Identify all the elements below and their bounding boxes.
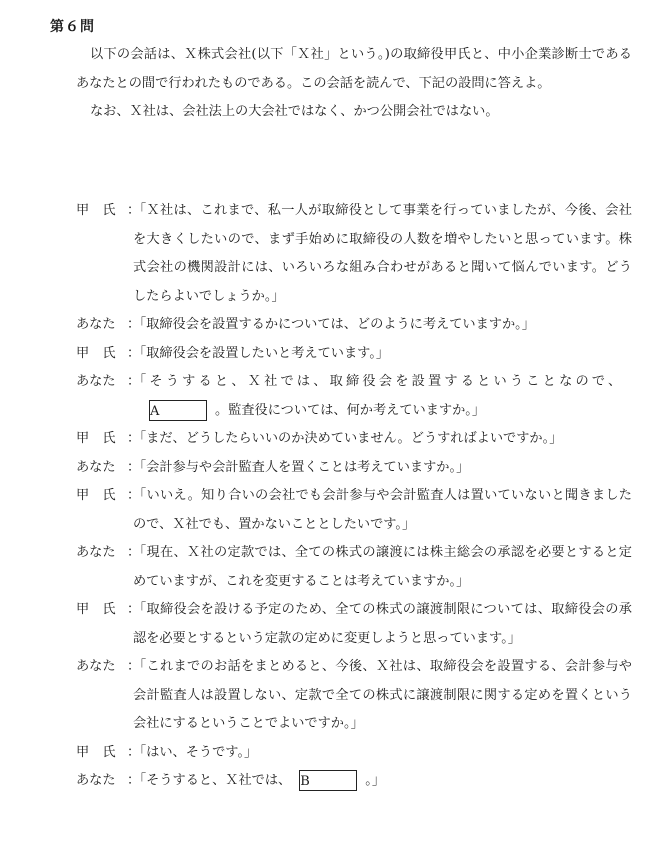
dialog-turn: 甲 氏： 「取締役会を設ける予定のため、全ての株式の譲渡制限については、取締役会… (76, 596, 632, 653)
speaker-label: 甲 氏： (76, 340, 133, 369)
question-intro: 以下の会話は、Ｘ株式会社(以下「Ｘ社」という。)の取締役甲氏と、中小企業診断士で… (76, 41, 632, 127)
dialog-turn: あなた： 「取締役会を設置するかについては、どのように考えていますか。」 (76, 311, 632, 340)
dialog-turn: あなた： 「会計参与や会計監査人を置くことは考えていますか。」 (76, 454, 632, 483)
utterance: 「Ｘ社は、これまで、私一人が取締役として事業を行っていましたが、今後、会社を大き… (133, 197, 632, 311)
speaker-label: 甲 氏： (76, 425, 133, 454)
utterance-line: A。監査役については、何か考えていますか。」 (133, 397, 632, 426)
intro-paragraph: なお、Ｘ社は、会社法上の大会社ではなく、かつ公開会社ではない。 (76, 98, 632, 127)
dialog-turn: 甲 氏： 「Ｘ社は、これまで、私一人が取締役として事業を行っていましたが、今後、… (76, 197, 632, 311)
speaker-label: あなた： (76, 368, 133, 397)
speaker-label: あなた： (76, 454, 133, 483)
utterance: 「はい、そうです。」 (133, 739, 632, 768)
intro-paragraph: 以下の会話は、Ｘ株式会社(以下「Ｘ社」という。)の取締役甲氏と、中小企業診断士で… (76, 41, 632, 98)
speaker-label: 甲 氏： (76, 482, 133, 511)
speaker-label: 甲 氏： (76, 596, 133, 625)
utterance: 「取締役会を設ける予定のため、全ての株式の譲渡制限については、取締役会の承認を必… (133, 596, 632, 653)
utterance-text: 。」 (365, 773, 385, 788)
question-title: 第６問 (50, 16, 95, 36)
dialog-turn: 甲 氏： 「はい、そうです。」 (76, 739, 632, 768)
exam-page: 第６問 以下の会話は、Ｘ株式会社(以下「Ｘ社」という。)の取締役甲氏と、中小企業… (0, 0, 668, 842)
utterance: 「そうすると、Ｘ社では、取締役会を設置するということなので、 A。監査役について… (133, 368, 632, 425)
dialog-turn: 甲 氏： 「取締役会を設置したいと考えています。」 (76, 340, 632, 369)
dialog-turn: あなた： 「そうすると、Ｘ社では、B。」 (76, 767, 632, 796)
speaker-label: あなた： (76, 653, 133, 682)
dialog-turn: あなた： 「そうすると、Ｘ社では、取締役会を設置するということなので、 A。監査… (76, 368, 632, 425)
utterance: 「まだ、どうしたらいいのか決めていません。どうすればよいですか。」 (133, 425, 632, 454)
speaker-label: あなた： (76, 767, 133, 796)
utterance-line: 「そうすると、Ｘ社では、取締役会を設置するということなので、 (133, 368, 632, 397)
speaker-label: 甲 氏： (76, 197, 133, 226)
blank-box-a: A (149, 400, 207, 421)
dialog-turn: 甲 氏： 「まだ、どうしたらいいのか決めていません。どうすればよいですか。」 (76, 425, 632, 454)
speaker-label: あなた： (76, 539, 133, 568)
blank-box-b: B (299, 770, 357, 791)
utterance: 「いいえ。知り合いの会社でも会計参与や会計監査人は置いていないと聞きましたので、… (133, 482, 632, 539)
utterance: 「そうすると、Ｘ社では、B。」 (133, 767, 632, 796)
utterance: 「現在、Ｘ社の定款では、全ての株式の譲渡には株主総会の承認を必要とすると定めてい… (133, 539, 632, 596)
dialog-turn: あなた： 「これまでのお話をまとめると、今後、Ｘ社は、取締役会を設置する、会計参… (76, 653, 632, 739)
speaker-label: 甲 氏： (76, 739, 133, 768)
utterance-text: 「そうすると、Ｘ社では、 (133, 773, 291, 788)
utterance: 「取締役会を設置するかについては、どのように考えていますか。」 (133, 311, 632, 340)
dialog-turn: 甲 氏： 「いいえ。知り合いの会社でも会計参与や会計監査人は置いていないと聞きま… (76, 482, 632, 539)
speaker-label: あなた： (76, 311, 133, 340)
dialog-turn: あなた： 「現在、Ｘ社の定款では、全ての株式の譲渡には株主総会の承認を必要とする… (76, 539, 632, 596)
utterance: 「これまでのお話をまとめると、今後、Ｘ社は、取締役会を設置する、会計参与や会計監… (133, 653, 632, 739)
dialog: 甲 氏： 「Ｘ社は、これまで、私一人が取締役として事業を行っていましたが、今後、… (76, 197, 632, 796)
utterance-text: 。監査役については、何か考えていますか。」 (215, 403, 485, 418)
utterance: 「取締役会を設置したいと考えています。」 (133, 340, 632, 369)
utterance: 「会計参与や会計監査人を置くことは考えていますか。」 (133, 454, 632, 483)
